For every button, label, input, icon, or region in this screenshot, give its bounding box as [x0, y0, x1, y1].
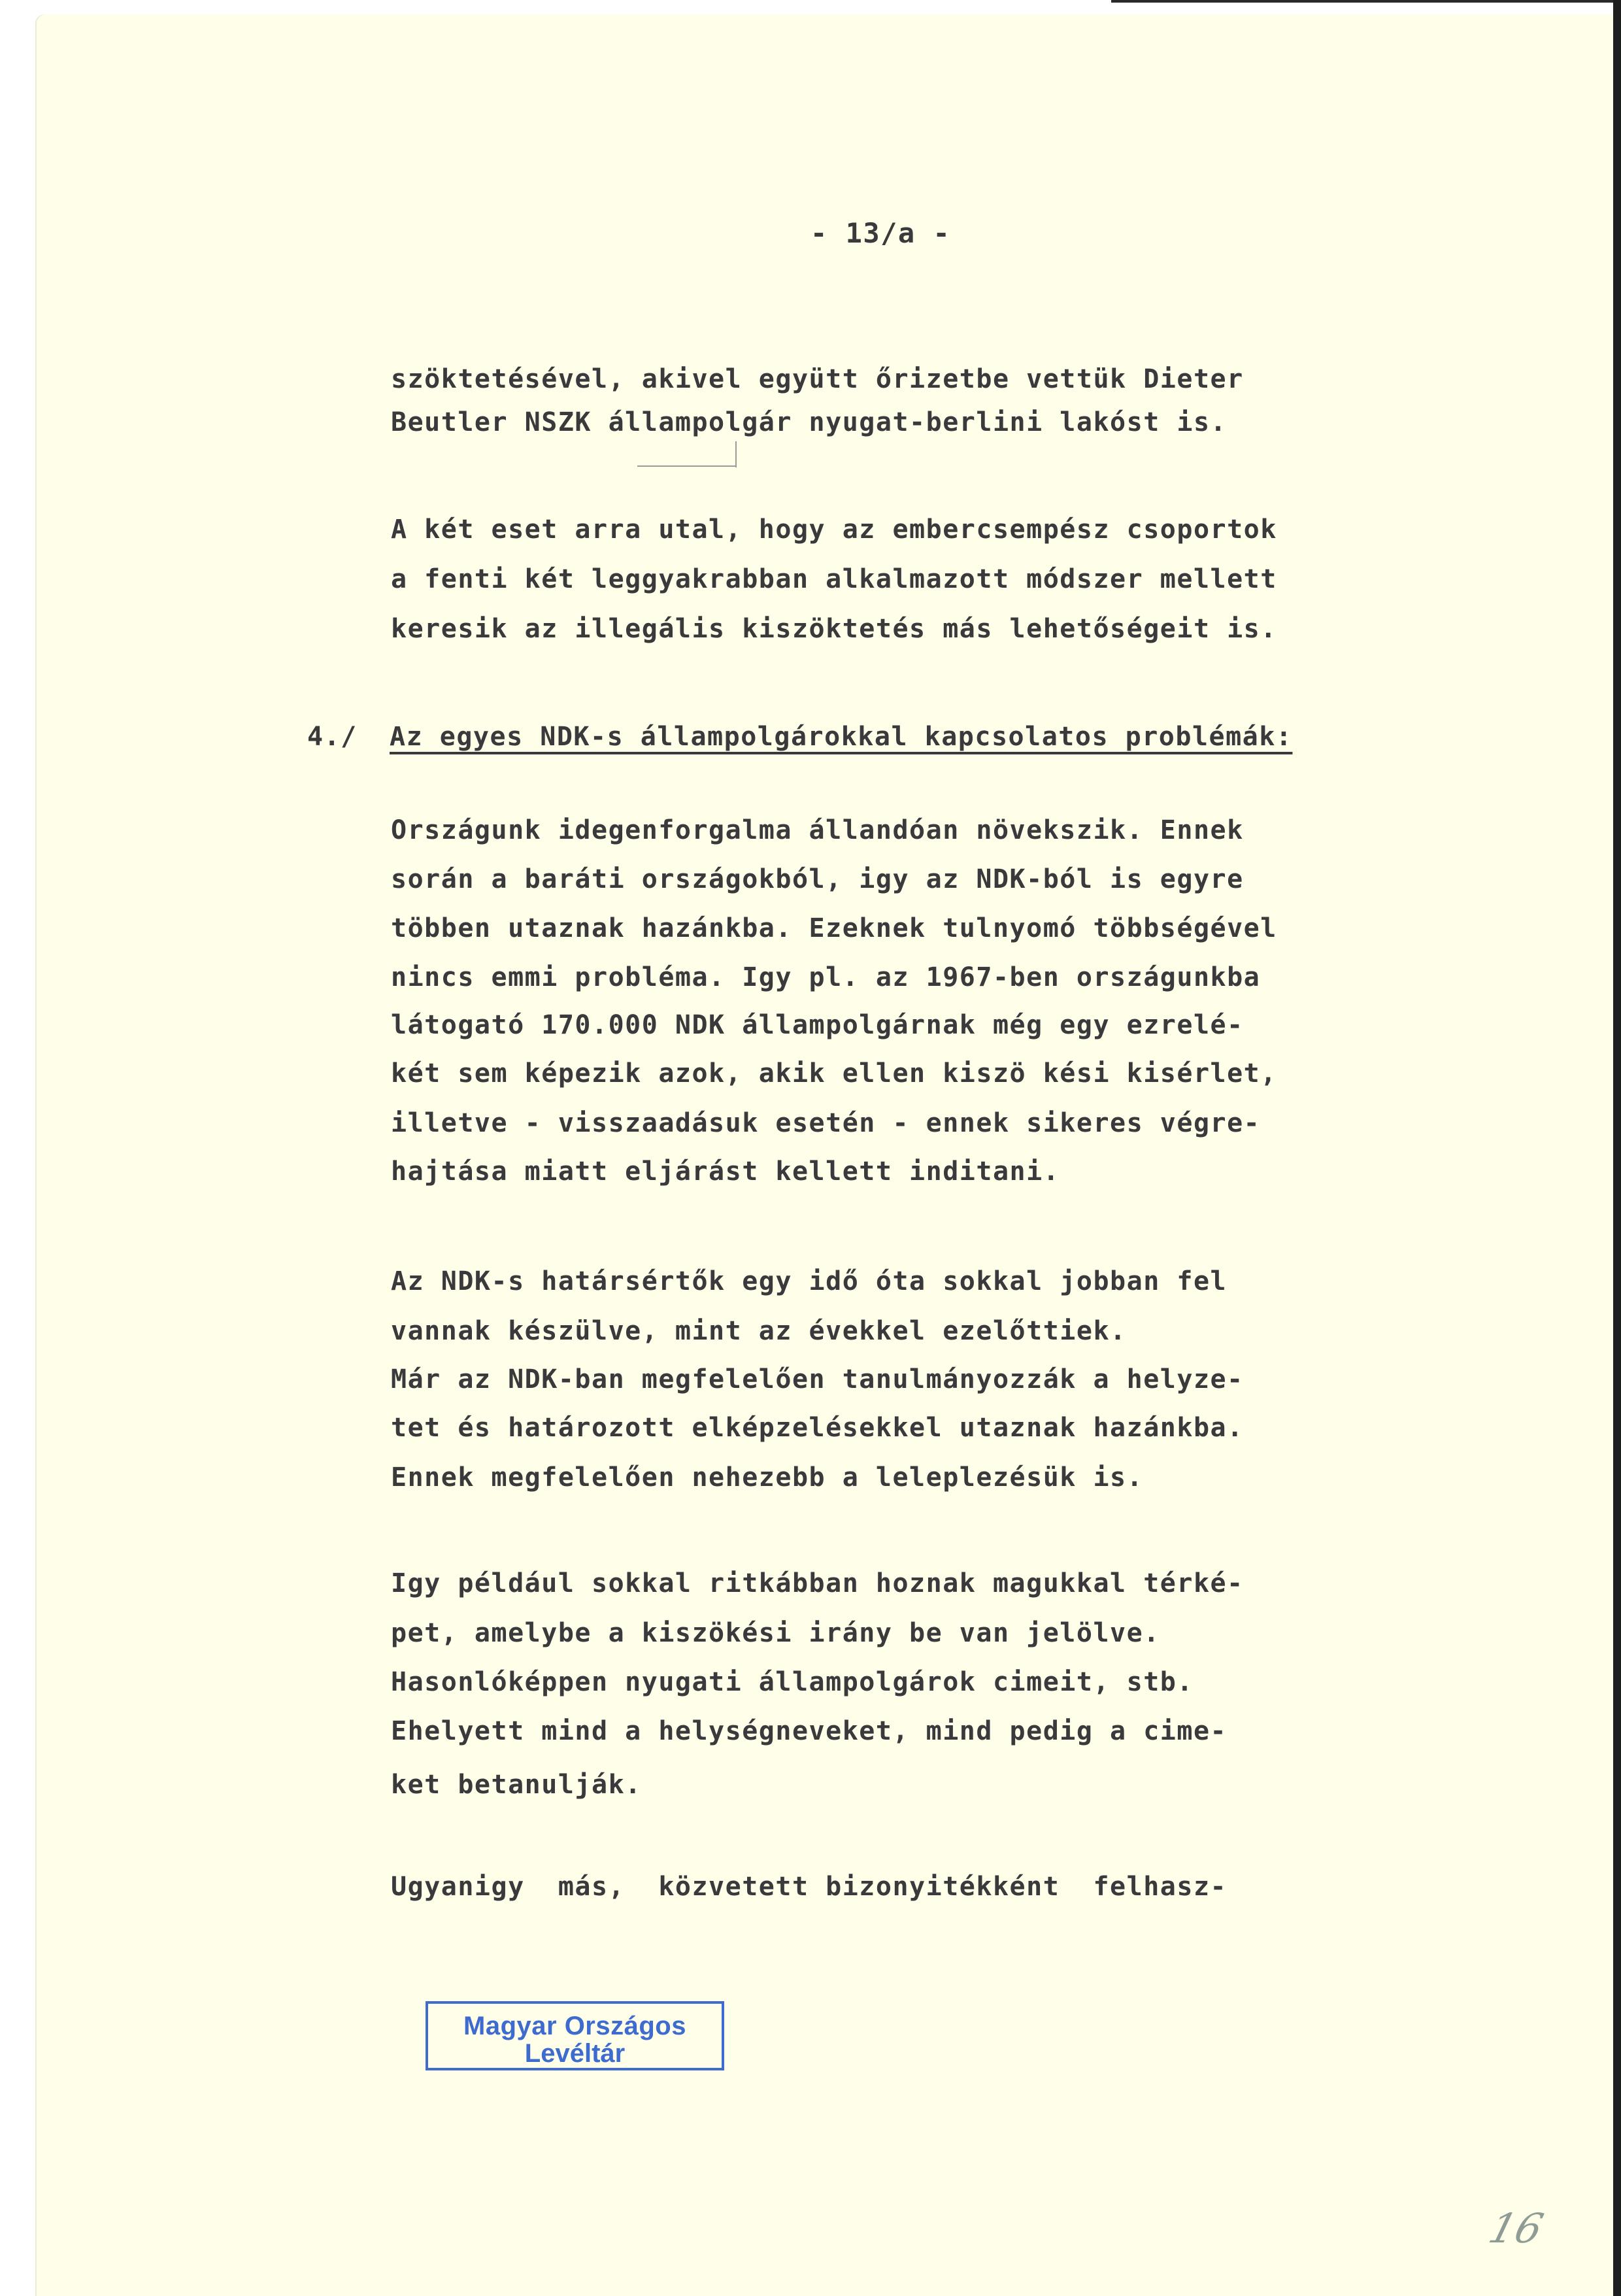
stamp-line-1: Magyar Országos: [428, 2013, 722, 2039]
text-line: Már az NDK-ban megfelelően tanulmányozzá…: [391, 1366, 1244, 1393]
text-line: nincs emmi probléma. Igy pl. az 1967-ben…: [391, 964, 1260, 990]
text-line: Ugyanigy más, közvetett bizonyitékként f…: [391, 1874, 1227, 1900]
text-line: a fenti két leggyakrabban alkalmazott mó…: [391, 566, 1277, 592]
section-number: 4./: [307, 724, 358, 750]
stamp-line-2: Levéltár: [428, 2040, 722, 2067]
text-line: Országunk idegenforgalma állandóan növek…: [391, 817, 1244, 843]
archive-stamp: Magyar Országos Levéltár: [426, 2001, 724, 2070]
page-number: - 13/a -: [811, 220, 950, 247]
text-line: A két eset arra utal, hogy az embercsemp…: [391, 516, 1277, 543]
text-line: szöktetésével, akivel együtt őrizetbe ve…: [391, 366, 1244, 392]
text-line: illetve - visszaadásuk esetén - ennek si…: [391, 1110, 1260, 1136]
text-line: során a baráti országokból, igy az NDK-b…: [391, 866, 1244, 892]
text-line: hajtása miatt eljárást kellett inditani.: [391, 1158, 1060, 1185]
scanned-page: - 13/a - szöktetésével, akivel együtt őr…: [0, 0, 1621, 2296]
text-line: Hasonlóképpen nyugati állampolgárok cime…: [391, 1669, 1194, 1695]
scan-edge-top: [1111, 0, 1621, 3]
paper-sheet: [35, 14, 1613, 2296]
pencil-mark: [735, 441, 737, 467]
text-line: többen utaznak hazánkba. Ezeknek tulnyom…: [391, 915, 1277, 941]
text-line: két sem képezik azok, akik ellen kiszö k…: [391, 1060, 1277, 1087]
section-title: Az egyes NDK-s állampolgárokkal kapcsola…: [390, 724, 1292, 750]
text-line: ket betanulják.: [391, 1772, 642, 1798]
scan-edge-right: [1613, 0, 1621, 2296]
text-line: Igy például sokkal ritkábban hoznak magu…: [391, 1570, 1244, 1596]
text-line: pet, amelybe a kiszökési irány be van je…: [391, 1620, 1160, 1646]
text-line: Ehelyett mind a helységneveket, mind ped…: [391, 1718, 1227, 1744]
text-line: Beutler NSZK állampolgár nyugat-berlini …: [391, 409, 1227, 435]
text-line: vannak készülve, mint az évekkel ezelőtt…: [391, 1318, 1127, 1344]
text-line: keresik az illegális kiszöktetés más leh…: [391, 616, 1277, 642]
text-line: tet és határozott elképzelésekkel utazna…: [391, 1415, 1244, 1441]
text-line: látogató 170.000 NDK állampolgárnak még …: [391, 1012, 1244, 1038]
pencil-mark: [637, 465, 735, 467]
text-line: Ennek megfelelően nehezebb a leleplezésü…: [391, 1464, 1143, 1491]
text-line: Az NDK-s határsértők egy idő óta sokkal …: [391, 1268, 1227, 1294]
